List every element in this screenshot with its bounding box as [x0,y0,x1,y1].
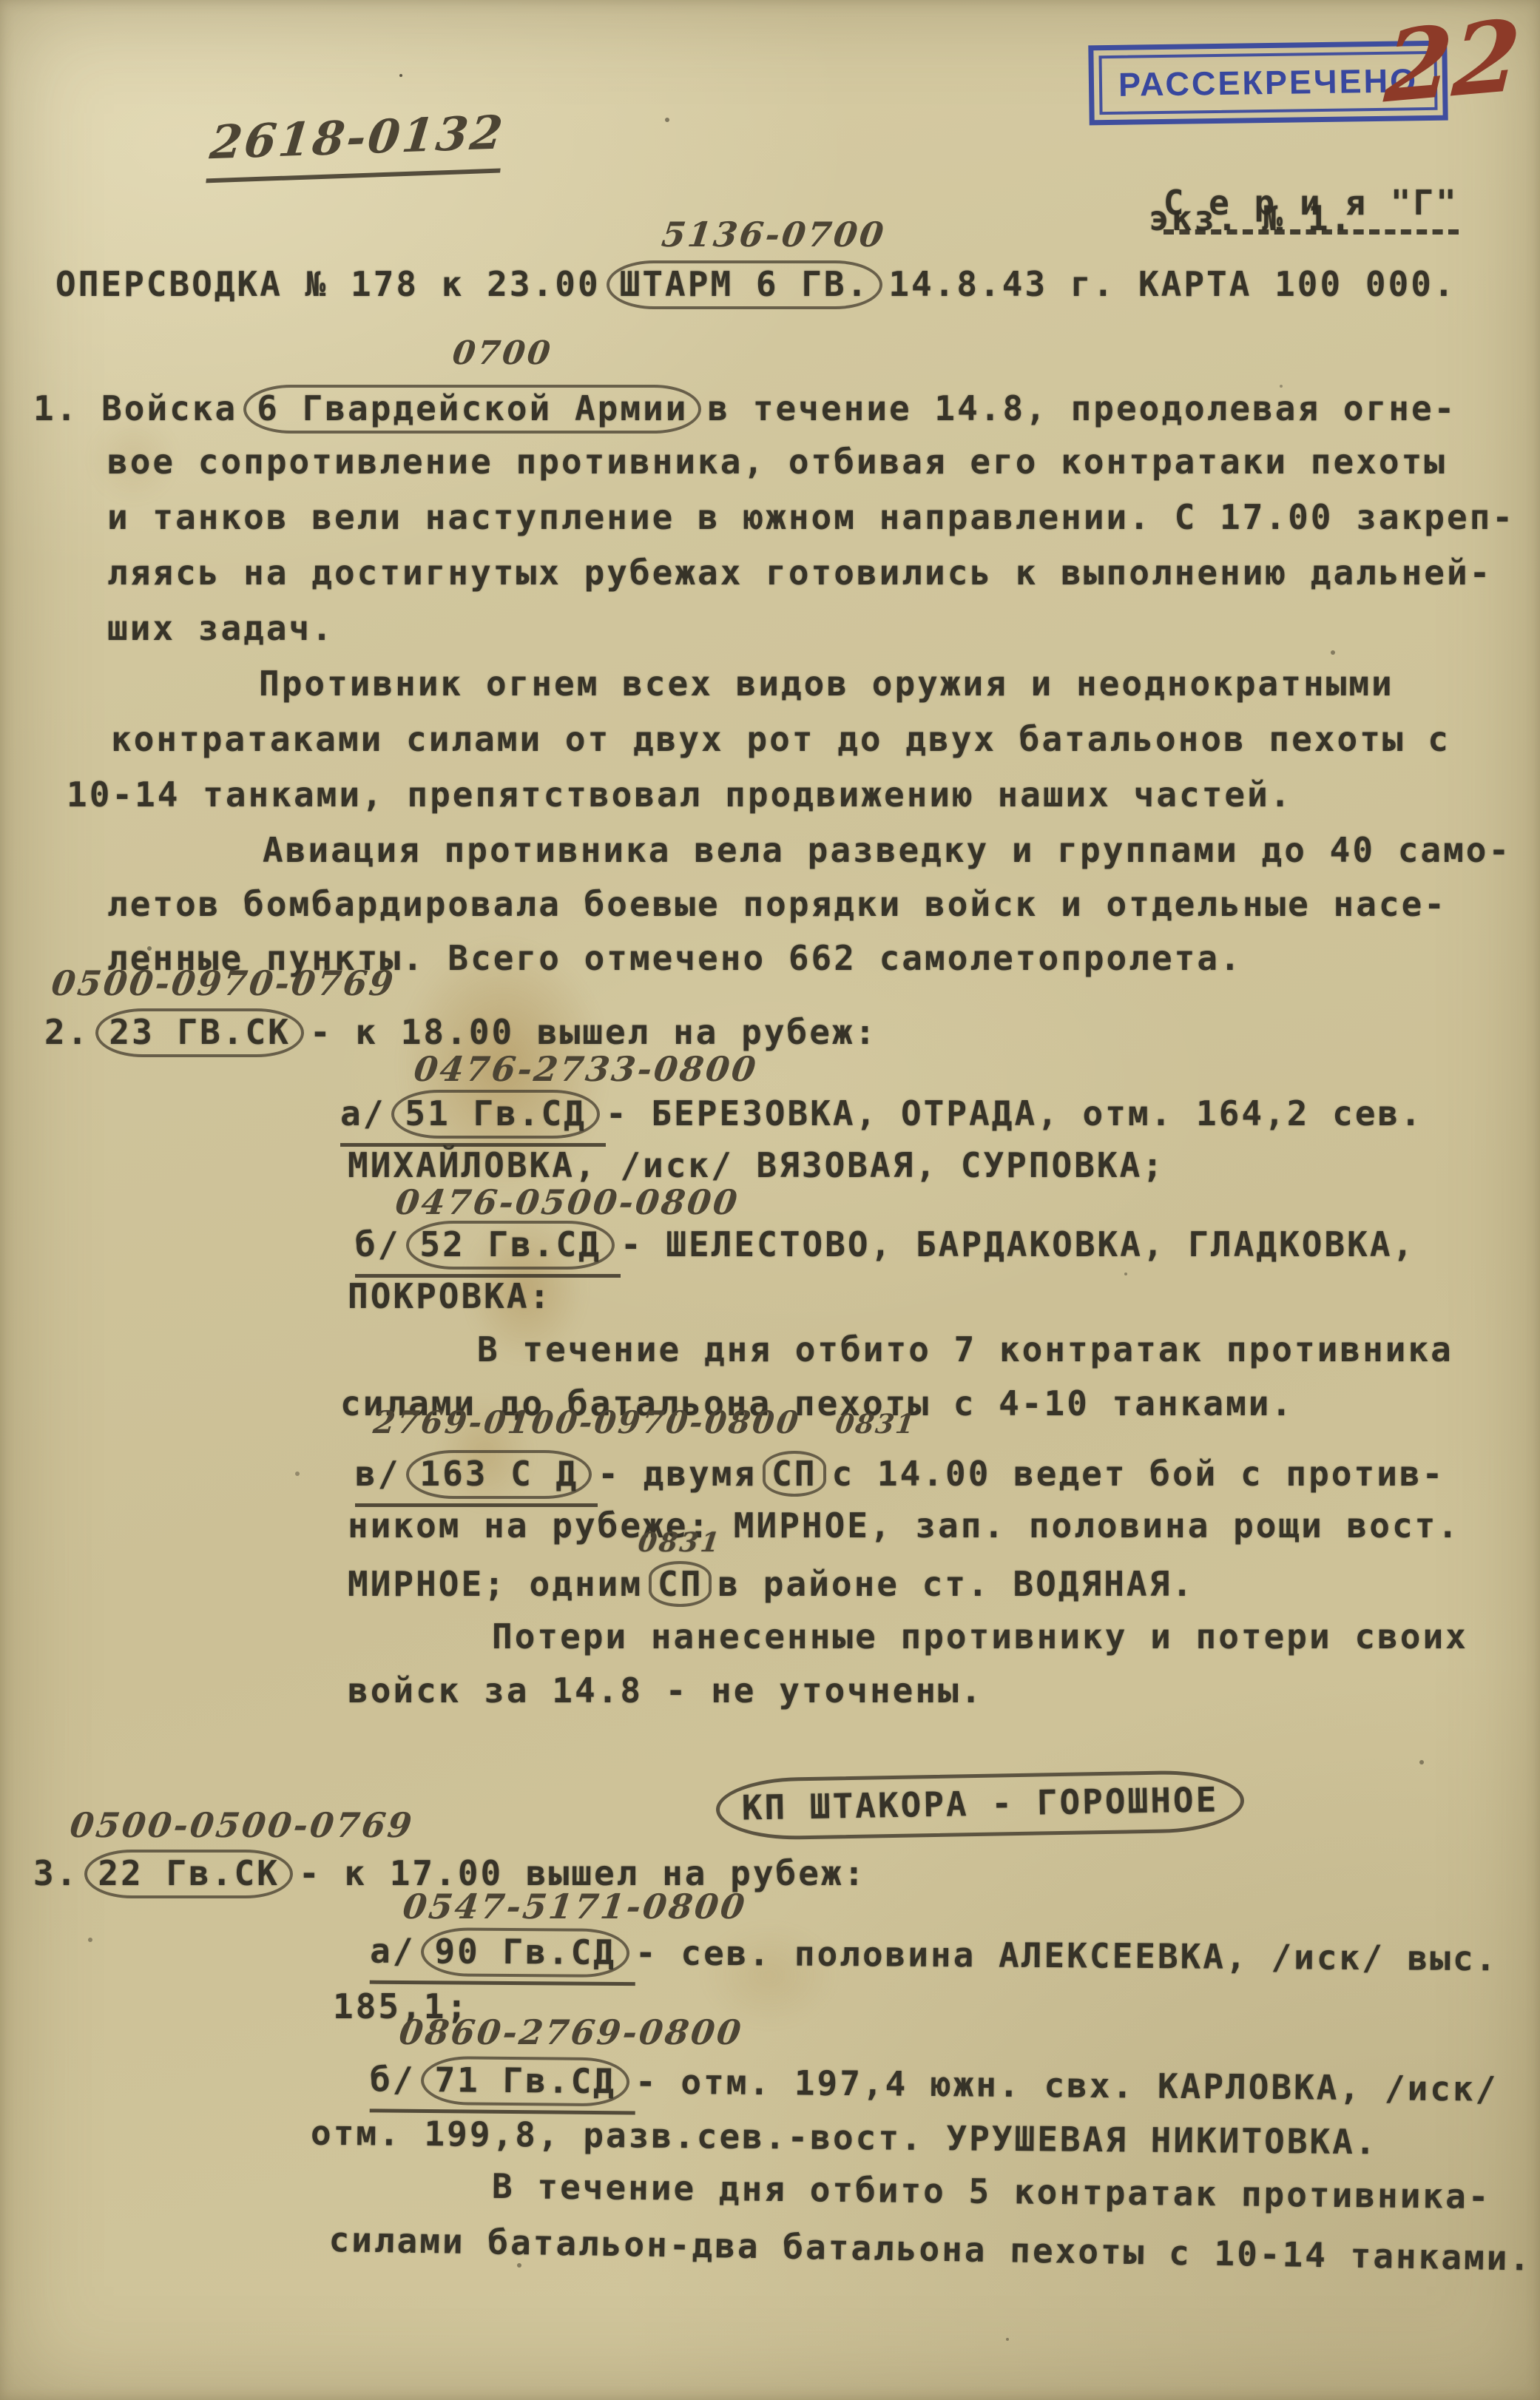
text-line: ляясь на достигнутых рубежах готовились … [107,553,1492,593]
title-pre: ОПЕРСВОДКА № 178 к 23.00 [55,264,601,304]
command-post-text: КП ШТАКОРА - ГОРОШНОЕ [741,1779,1218,1827]
text-line: и танков вели наступление в южном направ… [107,497,1515,537]
text-line: ником на рубеже: МИРНОЕ, зап. половина р… [348,1506,1460,1545]
line-text: в течение 14.8, преодолевая огне- [707,388,1456,428]
text-line: ших задач. [107,608,334,648]
text-line: летов бомбардировала боевые порядки войс… [107,884,1447,924]
line-text: - сев. половина АЛЕКСЕЕВКА, /иск/ выс. [635,1932,1499,1978]
circled-text: 51 Гв.СД [405,1093,587,1133]
line-text: МИРНОЕ; одним [348,1564,643,1604]
pencil-annotation-s2v: 2769-0100-0970-08000831 [371,1404,918,1440]
pencil-annotation-s2b: 0476-0500-0800 [394,1182,742,1222]
line-text: - БЕРЕЗОВКА, ОТРАДА, отм. 164,2 сев. [606,1093,1423,1133]
circled-text: 163 С Д [419,1454,578,1494]
line-text: - отм. 197,4 южн. свх. КАРЛОВКА, /иск/ [635,2061,1499,2109]
red-handwritten-mark: 22 [1382,0,1523,126]
line-text: в районе ст. ВОДЯНАЯ. [717,1564,1195,1604]
pencil-number: 2769-0100-0970-0800 [371,1404,803,1440]
text-line: б/71 Гв.СД- отм. 197,4 южн. свх. КАРЛОВК… [370,2055,1499,2122]
text-line: а/90 Гв.СД- сев. половина АЛЕКСЕЕВКА, /и… [370,1927,1499,1992]
text-line: Противник огнем всех видов оружия и неод… [259,664,1394,704]
title-post: 14.8.43 г. КАРТА 100 000. [888,264,1456,304]
line-text: - к 18.00 вышел на рубеж: [310,1012,877,1052]
circled-text: 23 ГВ.СК [109,1012,291,1052]
pencil-circled-71gvsd: 71 Гв.СД [421,2056,629,2106]
document-page: 2618-0132 РАССЕКРЕЧЕНО 22 С е р и я "Г" … [0,0,1540,2400]
text-line: Авиация противника вела разведку и групп… [263,830,1511,870]
pencil-circled-52gvsd: 52 Гв.СД [406,1221,615,1270]
pencil-annotation-s3a: 0547-5171-0800 [401,1887,749,1927]
pencil-annotation-s2: 0500-0970-0769 [50,963,398,1003]
pencil-oval-kp: КП ШТАКОРА - ГОРОШНОЕ [715,1770,1245,1841]
pencil-circled-sp: СП [649,1561,712,1607]
text-line: МИХАЙЛОВКА, /иск/ ВЯЗОВАЯ, СУРПОВКА; [348,1145,1165,1185]
text-line: в/163 С Д- двумяСПс 14.00 ведет бой с пр… [355,1450,1445,1507]
circled-text: 52 Гв.СД [419,1224,601,1264]
line-text: 2. [44,1012,90,1052]
line-text: - двумя [598,1454,757,1494]
circled-text: СП [658,1564,703,1604]
pencil-circled-163sd: 163 С Д [406,1450,592,1499]
pencil-circled-90gvsd: 90 Гв.СД [421,1927,629,1978]
text-line: В течение дня отбито 5 контратак противн… [492,2166,1491,2217]
line-text: а/ [370,1931,416,1971]
line-text: 3. [33,1853,78,1893]
circled-text: 71 Гв.СД [434,2060,616,2101]
text-line: войск за 14.8 - не уточнены. [348,1671,983,1710]
underlined-lead: а/51 Гв.СД [340,1090,606,1147]
text-line: В течение дня отбито 7 контратак противн… [477,1329,1453,1369]
underlined-lead: б/52 Гв.СД [355,1221,621,1278]
pencil-circled-army: 6 Гвардейской Армии [243,385,701,434]
report-title-line: ОПЕРСВОДКА № 178 к 23.00ШТАРМ 6 ГВ.14.8.… [55,260,1456,309]
text-line: ПОКРОВКА: [348,1276,552,1316]
line-text: а/ [340,1093,385,1133]
line-text: б/ [355,1224,400,1264]
text-line: 10-14 танками, препятствовал продвижению… [67,775,1293,815]
text-line: контратаками силами от двух рот до двух … [111,719,1450,759]
line-text: 1. Войска [33,388,237,428]
pencil-annotation-title: 5136-0700 [660,215,888,255]
pencil-circled-sp: СП [763,1451,825,1497]
underlined-lead: в/163 С Д [355,1450,598,1507]
pencil-circled-51gvsd: 51 Гв.СД [391,1090,600,1139]
copy-number-line: экз. № 1. [1149,198,1353,238]
line-text: в/ [355,1454,400,1494]
line-text: с 14.00 ведет бой с против- [832,1454,1445,1494]
pencil-circled-corps: 23 ГВ.СК [95,1008,304,1057]
title-circled-text: ШТАРМ 6 ГВ. [620,264,870,304]
line-text: б/ [370,2059,416,2100]
pencil-annotation-s2a: 0476-2733-0800 [412,1049,760,1089]
underlined-lead: б/71 Гв.СД [370,2055,636,2114]
text-line: вое сопротивление противника, отбивая ег… [107,442,1447,482]
circled-with-annotation: 0831СП [643,1561,717,1607]
pencil-number-0831: 0831 [636,1527,723,1558]
text-line: отм. 199,8, разв.сев.-вост. УРУШЕВАЯ НИК… [311,2113,1378,2163]
circled-text: 6 Гвардейской Армии [257,388,688,428]
text-line: б/52 Гв.СД- ШЕЛЕСТОВО, БАРДАКОВКА, ГЛАДК… [355,1221,1415,1278]
pencil-annotation-s3b: 0860-2769-0800 [397,2012,746,2052]
archive-number-handwritten: 2618-0132 [128,51,513,240]
circled-text: 90 Гв.СД [434,1931,616,1972]
underlined-lead: а/90 Гв.СД [370,1927,635,1986]
text-line: силами батальон-два батальона пехоты с 1… [328,2219,1532,2279]
text-line: 1. Войска6 Гвардейской Армиив течение 14… [33,385,1456,434]
text-line: МИРНОЕ; одним0831СПв районе ст. ВОДЯНАЯ. [348,1561,1195,1607]
circled-text: СП [771,1454,817,1494]
line-text: - ШЕЛЕСТОВО, БАРДАКОВКА, ГЛАДКОВКА, [621,1224,1415,1264]
circled-text: 22 Гв.СК [98,1853,280,1893]
pencil-annotation-s3: 0500-0500-0769 [68,1805,416,1845]
archive-number-text: 2618-0132 [206,105,507,183]
pencil-annotation-0700: 0700 [450,334,555,372]
text-line: Потери нанесенные противнику и потери св… [492,1617,1468,1656]
pencil-circled-shtarm: ШТАРМ 6 ГВ. [607,260,883,309]
text-line: а/51 Гв.СД- БЕРЕЗОВКА, ОТРАДА, отм. 164,… [340,1090,1423,1147]
pencil-number-0831: 0831 [834,1409,917,1440]
pencil-circled-22gvsk: 22 Гв.СК [84,1850,293,1898]
